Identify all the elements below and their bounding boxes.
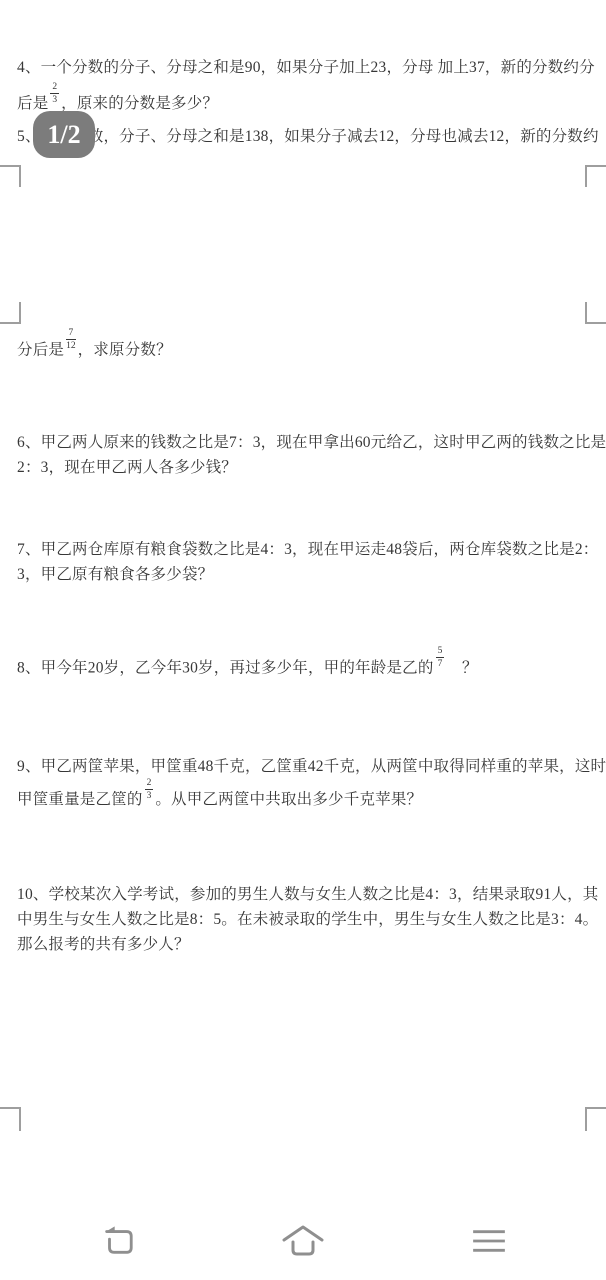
fraction: 23: [145, 778, 154, 802]
document-line: 那么报考的共有多少人？: [17, 932, 593, 957]
page-corner-marker-bottom-right: [585, 302, 606, 324]
document-line: 2：3，现在甲乙两人各多少钱？: [17, 455, 593, 480]
document-line: 后是23，原来的分数是多少？: [17, 86, 593, 122]
problem-10: 10、学校某次入学考试，参加的男生人数与女生人数之比是4：3，结果录取91人，其…: [17, 882, 593, 957]
menu-button[interactable]: [459, 1212, 519, 1272]
page-corner-marker-top-right: [585, 165, 606, 187]
document-line: 甲筐重量是乙筐的23。从甲乙两筐中共取出多少千克苹果？: [17, 783, 593, 816]
text-run: 8、甲今年20岁，乙今年30岁，再过多少年，甲的年龄是乙的: [17, 659, 434, 676]
problem-9: 9、甲乙两筐苹果，甲筐重48千克，乙筐重42千克，从两筐中取得同样重的苹果，这时…: [17, 750, 593, 816]
menu-icon: [470, 1227, 508, 1258]
problem-5: 5、一个分数，分子、分母之和是138，如果分子减去12，分母也减去12，新的分数…: [17, 124, 593, 149]
fraction: 57: [436, 646, 445, 670]
text-run: 4、一个分数的分子、分母之和是90，如果分子加上23，分母 加上37，新的分数约…: [17, 59, 595, 76]
text-run: 中男生与女生人数之比是8：5。在未被录取的学生中，男生与女生人数之比是3：4。: [17, 911, 598, 928]
page-corner-marker-lower-right: [585, 1107, 606, 1131]
document-line: 分后是712，求原分数？: [17, 334, 593, 359]
text-run: 5、一个分数，分子、分母之和是138，如果分子减去12，分母也减去12，新的分数…: [17, 128, 599, 145]
document-line: 10、学校某次入学考试，参加的男生人数与女生人数之比是4：3，结果录取91人，其: [17, 882, 593, 907]
problem-6: 6、甲乙两人原来的钱数之比是7：3，现在甲拿出60元给乙，这时甲乙两的钱数之比是…: [17, 430, 593, 480]
home-button[interactable]: [273, 1212, 333, 1272]
android-nav-bar: [0, 1204, 606, 1280]
fraction: 23: [50, 82, 59, 106]
problem-5-continued: 分后是712，求原分数？: [17, 334, 593, 359]
text-run: 6、甲乙两人原来的钱数之比是7：3，现在甲拿出60元给乙，这时甲乙两的钱数之比是: [17, 434, 606, 451]
text-run: ？: [446, 659, 477, 676]
text-run: 后是: [17, 95, 48, 112]
document-line: 4、一个分数的分子、分母之和是90，如果分子加上23，分母 加上37，新的分数约…: [17, 50, 593, 86]
document-line: 中男生与女生人数之比是8：5。在未被录取的学生中，男生与女生人数之比是3：4。: [17, 907, 593, 932]
page-corner-marker-bottom-left: [0, 302, 21, 324]
text-run: 7、甲乙两仓库原有粮食袋数之比是4：3，现在甲运走48袋后，两仓库袋数之比是2：: [17, 541, 599, 558]
problem-8: 8、甲今年20岁，乙今年30岁，再过多少年，甲的年龄是乙的57 ？: [17, 652, 593, 677]
text-run: 3，甲乙原有粮食各多少袋？: [17, 566, 213, 583]
text-run: 10、学校某次入学考试，参加的男生人数与女生人数之比是4：3，结果录取91人，其: [17, 886, 599, 903]
text-run: 那么报考的共有多少人？: [17, 936, 190, 953]
text-run: 甲筐重量是乙筐的: [17, 791, 143, 808]
document-line: 3，甲乙原有粮食各多少袋？: [17, 562, 593, 587]
document-line: 9、甲乙两筐苹果，甲筐重48千克，乙筐重42千克，从两筐中取得同样重的苹果，这时: [17, 750, 593, 783]
page-indicator-text: 1/2: [47, 120, 80, 150]
page-indicator-badge: 1/2: [33, 111, 95, 158]
text-run: 2：3，现在甲乙两人各多少钱？: [17, 459, 237, 476]
problem-4: 4、一个分数的分子、分母之和是90，如果分子加上23，分母 加上37，新的分数约…: [17, 50, 593, 122]
text-run: 9、甲乙两筐苹果，甲筐重48千克，乙筐重42千克，从两筐中取得同样重的苹果，这时: [17, 758, 606, 775]
text-run: ，原来的分数是多少？: [61, 95, 218, 112]
document-line: 7、甲乙两仓库原有粮食袋数之比是4：3，现在甲运走48袋后，两仓库袋数之比是2：: [17, 537, 593, 562]
fraction: 712: [66, 328, 76, 352]
home-icon: [278, 1221, 328, 1264]
back-button[interactable]: [88, 1212, 148, 1272]
document-line: 6、甲乙两人原来的钱数之比是7：3，现在甲拿出60元给乙，这时甲乙两的钱数之比是: [17, 430, 593, 455]
text-run: ，求原分数？: [78, 341, 172, 358]
page-corner-marker-lower-left: [0, 1107, 21, 1131]
problem-7: 7、甲乙两仓库原有粮食袋数之比是4：3，现在甲运走48袋后，两仓库袋数之比是2：…: [17, 537, 593, 587]
text-run: 。从甲乙两筐中共取出多少千克苹果？: [155, 791, 422, 808]
text-run: 分后是: [17, 341, 64, 358]
page-corner-marker-top-left: [0, 165, 21, 187]
back-icon: [97, 1224, 139, 1261]
document-line: 8、甲今年20岁，乙今年30岁，再过多少年，甲的年龄是乙的57 ？: [17, 652, 593, 677]
document-line: 5、一个分数，分子、分母之和是138，如果分子减去12，分母也减去12，新的分数…: [17, 124, 593, 149]
